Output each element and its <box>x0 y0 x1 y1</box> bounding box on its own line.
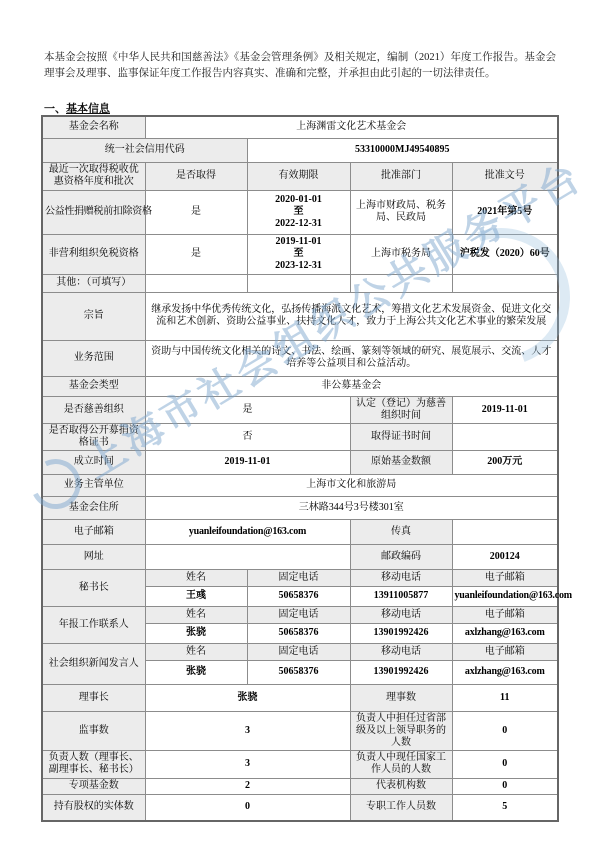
equity-entities-value: 0 <box>145 794 350 821</box>
other-dept-empty <box>350 274 452 292</box>
spokesperson-email: axlzhang@163.com <box>452 660 558 684</box>
special-funds-value: 2 <box>145 778 350 794</box>
original-fund-value: 200万元 <box>452 450 558 474</box>
business-scope-label: 业务范围 <box>42 340 145 376</box>
chairman-label: 理事长 <box>42 684 145 711</box>
annual-contact-tel: 50658376 <box>247 623 350 643</box>
other-qualification-label: 其他：（可填写） <box>42 274 145 292</box>
tax-col-obtained: 是否取得 <box>145 162 247 190</box>
foundation-name-label: 基金会名称 <box>42 116 145 138</box>
donation-doc-value: 2021年第5号 <box>452 190 558 234</box>
fax-label: 传真 <box>350 519 452 544</box>
other-doc-empty <box>452 274 558 292</box>
fax-value <box>452 519 558 544</box>
staff-count-value: 5 <box>452 794 558 821</box>
heads-count-label: 负责人数（理事长、副理事长、秘书长） <box>42 750 145 778</box>
donation-valid-value: 2020-01-01 至 2022-12-31 <box>247 190 350 234</box>
credit-code-value: 53310000MJ49540895 <box>247 138 558 162</box>
fundraise-time-value <box>452 423 558 450</box>
annual-contact-col-mobile: 移动电话 <box>350 606 452 623</box>
supervisor-unit-label: 业务主管单位 <box>42 474 145 496</box>
supervisors-count-label: 监事数 <box>42 711 145 750</box>
nonprofit-obtained-value: 是 <box>145 234 247 274</box>
annual-contact-col-email: 电子邮箱 <box>452 606 558 623</box>
spokesperson-col-tel: 固定电话 <box>247 643 350 660</box>
secretary-email: yuanleifoundation@163.com <box>452 586 558 606</box>
supervisors-count-value: 3 <box>145 711 350 750</box>
other-obtained-empty <box>145 274 247 292</box>
credit-code-label: 统一社会信用代码 <box>42 138 247 162</box>
annual-contact-name: 张骁 <box>145 623 247 643</box>
secretary-col-email: 电子邮箱 <box>452 569 558 586</box>
address-label: 基金会住所 <box>42 496 145 519</box>
heads-count-value: 3 <box>145 750 350 778</box>
declaration-paragraph: 本基金会按照《中华人民共和国慈善法》《基金会管理条例》及相关规定，编制（2021… <box>44 50 556 82</box>
nonprofit-valid-value: 2019-11-01 至 2023-12-31 <box>247 234 350 274</box>
address-value: 三林路344号3号楼301室 <box>145 496 558 519</box>
secretary-label: 秘书长 <box>42 569 145 606</box>
established-label: 成立时间 <box>42 450 145 474</box>
website-value <box>145 544 350 569</box>
spokesperson-label: 社会组织新闻发言人 <box>42 643 145 684</box>
annual-contact-col-name: 姓名 <box>145 606 247 623</box>
business-scope-value: 资助与中国传统文化相关的诗文、书法、绘画、篆刻等领域的研究、展览展示、交流、人才… <box>145 340 558 376</box>
rep-org-count-label: 代表机构数 <box>350 778 452 794</box>
established-value: 2019-11-01 <box>145 450 350 474</box>
rep-org-count-value: 0 <box>452 778 558 794</box>
foundation-type-value: 非公募基金会 <box>145 376 558 396</box>
spokesperson-mobile: 13901992426 <box>350 660 452 684</box>
purpose-value: 继承发扬中华优秀传统文化，弘扬传播海派文化艺术，筹措文化艺术发展资金、促进文化交… <box>145 292 558 340</box>
tax-col-doc: 批准文号 <box>452 162 558 190</box>
fundraise-cert-value: 否 <box>145 423 350 450</box>
section-number: 一、 <box>44 103 66 115</box>
charity-time-value: 2019-11-01 <box>452 396 558 423</box>
supervisor-unit-value: 上海市文化和旅游局 <box>145 474 558 496</box>
annual-contact-label: 年报工作联系人 <box>42 606 145 643</box>
report-page: 本基金会按照《中华人民共和国慈善法》《基金会管理条例》及相关规定，编制（2021… <box>0 0 595 842</box>
donation-obtained-value: 是 <box>145 190 247 234</box>
charity-org-label: 是否慈善组织 <box>42 396 145 423</box>
secretary-tel: 50658376 <box>247 586 350 606</box>
charity-time-label: 认定（登记）为慈善组织时间 <box>350 396 452 423</box>
nonprofit-dept-value: 上海市税务局 <box>350 234 452 274</box>
email-value: yuanleifoundation@163.com <box>145 519 350 544</box>
website-label: 网址 <box>42 544 145 569</box>
senior-officials-label: 负责人中担任过省部级及以上领导职务的人数 <box>350 711 452 750</box>
chairman-value: 张骁 <box>145 684 350 711</box>
fundraise-cert-label: 是否取得公开募捐资格证书 <box>42 423 145 450</box>
secretary-col-name: 姓名 <box>145 569 247 586</box>
other-valid-empty <box>247 274 350 292</box>
original-fund-label: 原始基金数额 <box>350 450 452 474</box>
equity-entities-label: 持有股权的实体数 <box>42 794 145 821</box>
nonprofit-doc-value: 沪税发（2020）60号 <box>452 234 558 274</box>
directors-count-value: 11 <box>452 684 558 711</box>
nonprofit-exemption-label: 非营利组织免税资格 <box>42 234 145 274</box>
special-funds-label: 专项基金数 <box>42 778 145 794</box>
annual-contact-email: axlzhang@163.com <box>452 623 558 643</box>
tax-col-valid: 有效期限 <box>247 162 350 190</box>
spokesperson-col-email: 电子邮箱 <box>452 643 558 660</box>
annual-contact-mobile: 13901992426 <box>350 623 452 643</box>
secretary-mobile: 13911005877 <box>350 586 452 606</box>
tax-qualification-label: 最近一次取得税收优惠资格年度和批次 <box>42 162 145 190</box>
civil-servants-value: 0 <box>452 750 558 778</box>
donation-dept-value: 上海市财政局、税务局、民政局 <box>350 190 452 234</box>
senior-officials-value: 0 <box>452 711 558 750</box>
secretary-col-mobile: 移动电话 <box>350 569 452 586</box>
staff-count-label: 专职工作人员数 <box>350 794 452 821</box>
spokesperson-name: 张骁 <box>145 660 247 684</box>
section-title: 基本信息 <box>66 103 110 115</box>
charity-org-value: 是 <box>145 396 350 423</box>
spokesperson-col-mobile: 移动电话 <box>350 643 452 660</box>
foundation-type-label: 基金会类型 <box>42 376 145 396</box>
foundation-name-value: 上海渊雷文化艺术基金会 <box>145 116 558 138</box>
email-label: 电子邮箱 <box>42 519 145 544</box>
secretary-name: 王彧 <box>145 586 247 606</box>
annual-contact-col-tel: 固定电话 <box>247 606 350 623</box>
spokesperson-tel: 50658376 <box>247 660 350 684</box>
zip-value: 200124 <box>452 544 558 569</box>
civil-servants-label: 负责人中现任国家工作人员的人数 <box>350 750 452 778</box>
basic-info-table: 基金会名称 上海渊雷文化艺术基金会 统一社会信用代码 53310000MJ495… <box>41 115 559 822</box>
purpose-label: 宗旨 <box>42 292 145 340</box>
directors-count-label: 理事数 <box>350 684 452 711</box>
tax-col-dept: 批准部门 <box>350 162 452 190</box>
section-heading: 一、基本信息 <box>44 100 110 116</box>
donation-deduction-label: 公益性捐赠税前扣除资格 <box>42 190 145 234</box>
secretary-col-tel: 固定电话 <box>247 569 350 586</box>
spokesperson-col-name: 姓名 <box>145 643 247 660</box>
fundraise-time-label: 取得证书时间 <box>350 423 452 450</box>
zip-label: 邮政编码 <box>350 544 452 569</box>
